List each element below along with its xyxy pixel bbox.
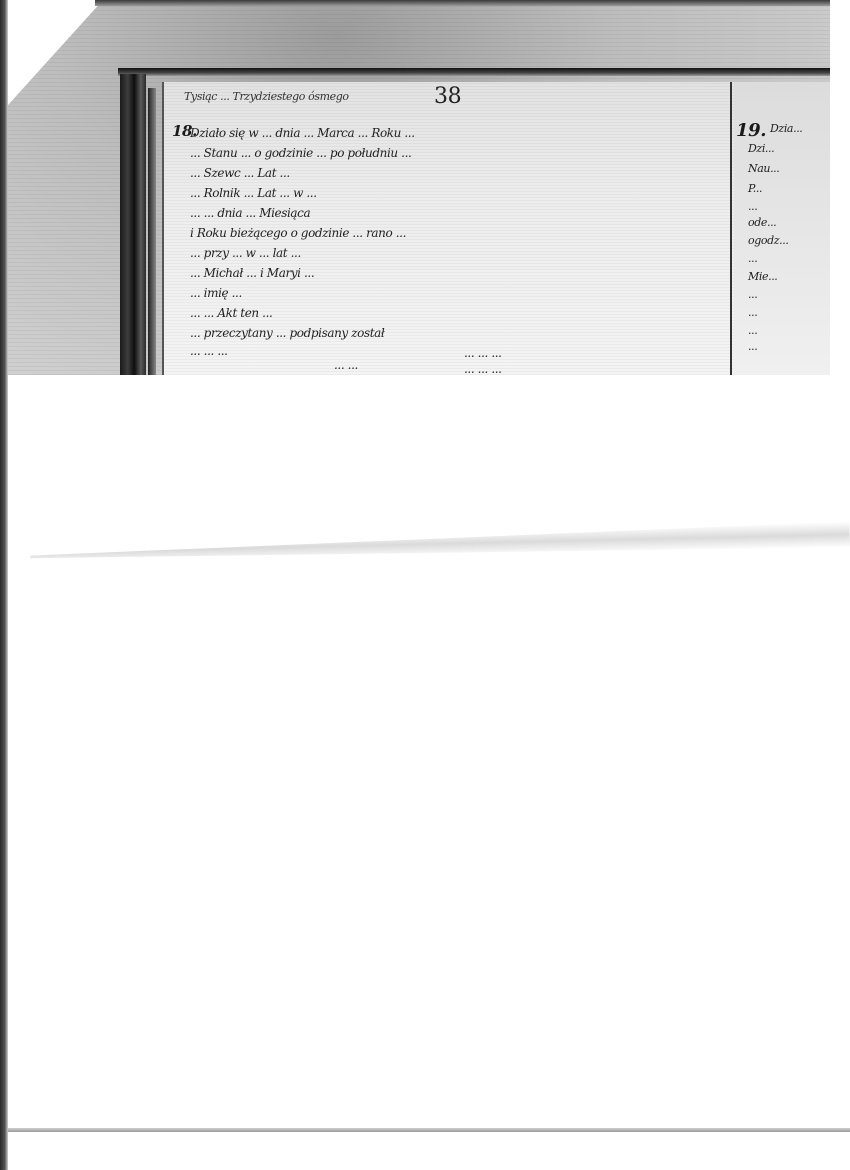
paper-fold-shadow: [30, 521, 850, 566]
entry-line: ... Stanu ... o godzinie ... po południu…: [190, 146, 730, 160]
scanner-left-edge: [0, 0, 8, 1170]
right-line: ...: [748, 252, 757, 265]
page-margin-rule: [730, 82, 732, 375]
right-line: ...: [748, 288, 757, 301]
register-right-page: 19. Dzia... Dzi... Nau... P... ... ode..…: [734, 82, 830, 375]
entry-line: ... przy ... w ... lat ...: [190, 246, 730, 260]
entry-line: ... przeczytany ... podpisany został: [190, 326, 730, 340]
right-line: ...: [748, 200, 757, 213]
right-line: Mie...: [748, 270, 777, 283]
book-top-edge: [118, 68, 830, 76]
register-left-page: Tysiąc ... Trzydziestego ósmego 38 18. D…: [162, 82, 738, 375]
right-line: Dzi...: [748, 142, 774, 155]
scan-bottom-edge: [8, 1128, 850, 1132]
book-spine-inner: [148, 88, 156, 375]
scan-right-margin: [830, 0, 850, 375]
signature-mark: ... ...: [334, 358, 358, 372]
year-header: Tysiąc ... Trzydziestego ósmego: [184, 90, 349, 103]
right-line: ...: [748, 324, 757, 337]
entry-line: ... Szewc ... Lat ...: [190, 166, 730, 180]
right-line: ogodz...: [748, 234, 788, 247]
entry-line: ... ... Akt ten ...: [190, 306, 730, 320]
entry-line: ... Michał ... i Maryi ...: [190, 266, 730, 280]
entry-line: i Roku bieżącego o godzinie ... rano ...: [190, 226, 730, 240]
entry-line: ... ... dnia ... Miesiąca: [190, 206, 730, 220]
signature: ... ... ...: [464, 362, 502, 376]
entry-line: Działo się w ... dnia ... Marca ... Roku…: [190, 126, 730, 140]
entry-line: ... Rolnik ... Lat ... w ...: [190, 186, 730, 200]
right-line: P...: [748, 182, 762, 195]
right-entry-number: 19.: [736, 120, 766, 141]
book-spine: [120, 74, 146, 375]
right-line: Nau...: [748, 162, 779, 175]
right-line: Dzia...: [770, 122, 802, 135]
right-line: ...: [748, 340, 757, 353]
entry-line: ... imię ...: [190, 286, 730, 300]
entry-line: ... ... ...: [190, 344, 730, 358]
right-line: ode...: [748, 216, 776, 229]
register-book: Tysiąc ... Trzydziestego ósmego 38 18. D…: [118, 68, 830, 375]
page-number: 38: [434, 84, 461, 109]
right-line: ...: [748, 306, 757, 319]
scan-top-shadow: [95, 0, 830, 6]
signature: ... ... ...: [464, 346, 502, 360]
